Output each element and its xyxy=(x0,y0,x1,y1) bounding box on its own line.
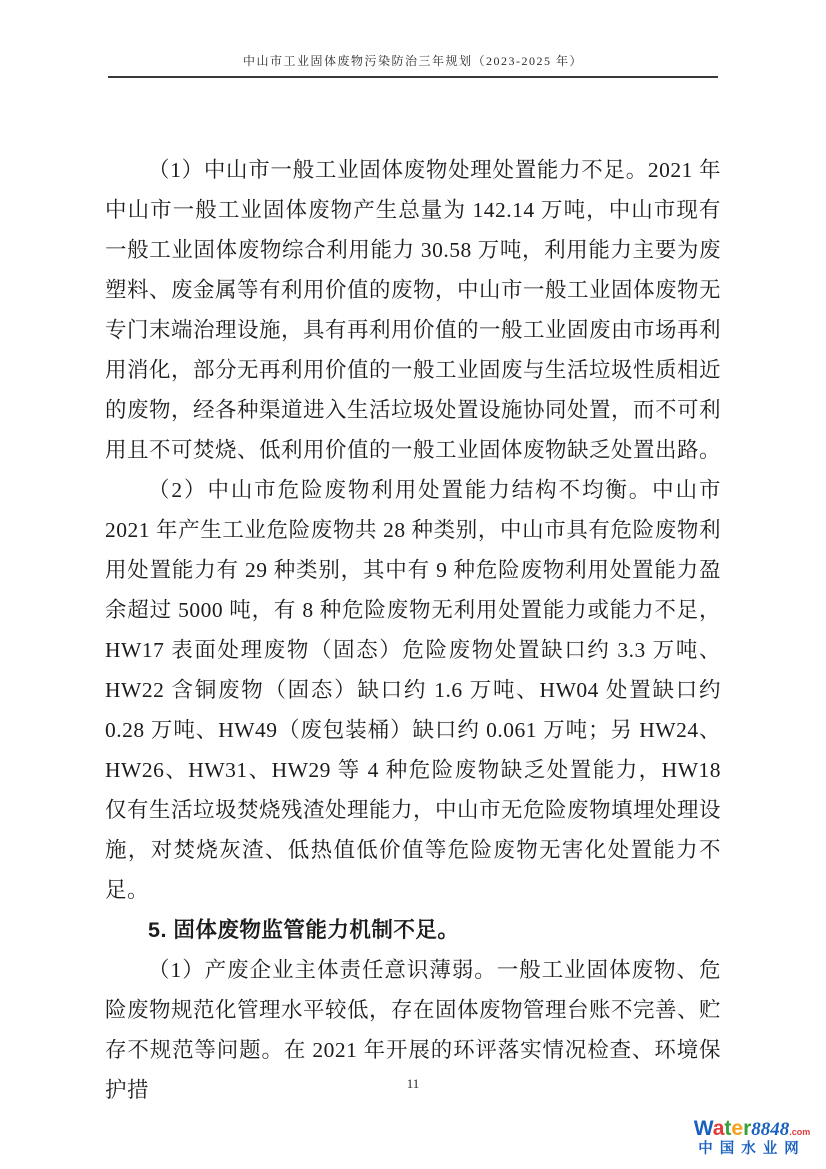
logo-subtitle: 中国水业网 xyxy=(686,1142,818,1157)
logo-letter: e xyxy=(731,1117,743,1140)
page-header: 中山市工业固体废物污染防治三年规划（2023-2025 年） xyxy=(108,52,718,70)
logo-letter: a xyxy=(713,1117,725,1140)
body-paragraph: （2）中山市危险废物利用处置能力结构不均衡。中山市 2021 年产生工业危险废物… xyxy=(105,470,721,910)
document-body: （1）中山市一般工业固体废物处理处置能力不足。2021 年中山市一般工业固体废物… xyxy=(105,150,721,1110)
logo-wordmark: Water8848.com xyxy=(686,1118,818,1140)
body-paragraph: （1）中山市一般工业固体废物处理处置能力不足。2021 年中山市一般工业固体废物… xyxy=(105,150,721,470)
section-heading: 5. 固体废物监管能力机制不足。 xyxy=(105,910,721,950)
logo-letter: W xyxy=(694,1117,713,1140)
water8848-logo: Water8848.com 中国水业网 xyxy=(686,1118,818,1157)
logo-number: 8848 xyxy=(751,1119,789,1140)
logo-tld: .com xyxy=(789,1127,810,1137)
document-page: 中山市工业固体废物污染防治三年规划（2023-2025 年） （1）中山市一般工… xyxy=(0,0,826,1169)
header-title: 中山市工业固体废物污染防治三年规划（2023-2025 年） xyxy=(243,54,583,68)
page-number: 11 xyxy=(0,1076,826,1092)
header-rule xyxy=(108,76,718,78)
